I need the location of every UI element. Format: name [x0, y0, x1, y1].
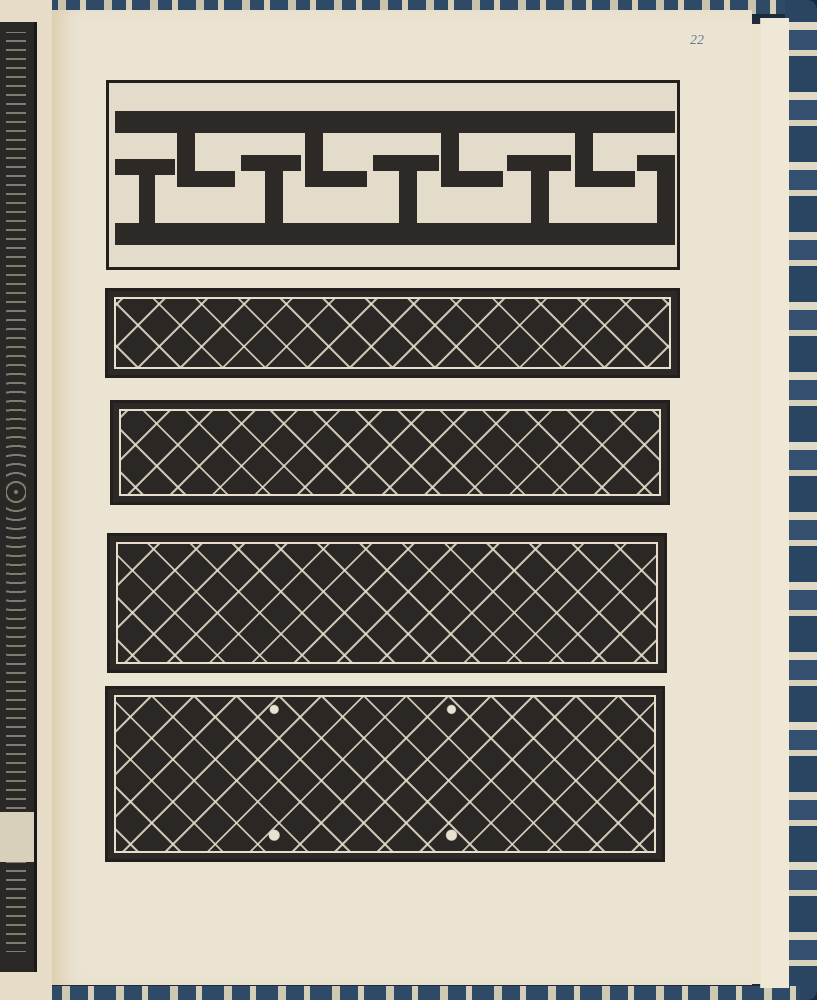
greek-key-band: [106, 80, 680, 270]
book-cover-marbled-edge: [785, 0, 817, 1000]
left-facing-page: [0, 0, 52, 1000]
interlace-pattern: [114, 297, 671, 369]
interlace-pattern: [116, 542, 658, 664]
book-cover-bottom-edge: [40, 986, 800, 1000]
interlace-band-4: [105, 686, 665, 862]
dot-ornaments: [108, 689, 662, 859]
interlace-band-1: [105, 288, 680, 378]
interlace-band-3: [107, 533, 667, 673]
greek-key-pattern: [115, 111, 675, 245]
interlace-band-2: [110, 400, 670, 505]
page-edge-leaf: [760, 18, 789, 988]
left-page-strip: [0, 812, 34, 862]
page-number: 22: [690, 33, 704, 49]
interlace-pattern: [119, 409, 661, 496]
